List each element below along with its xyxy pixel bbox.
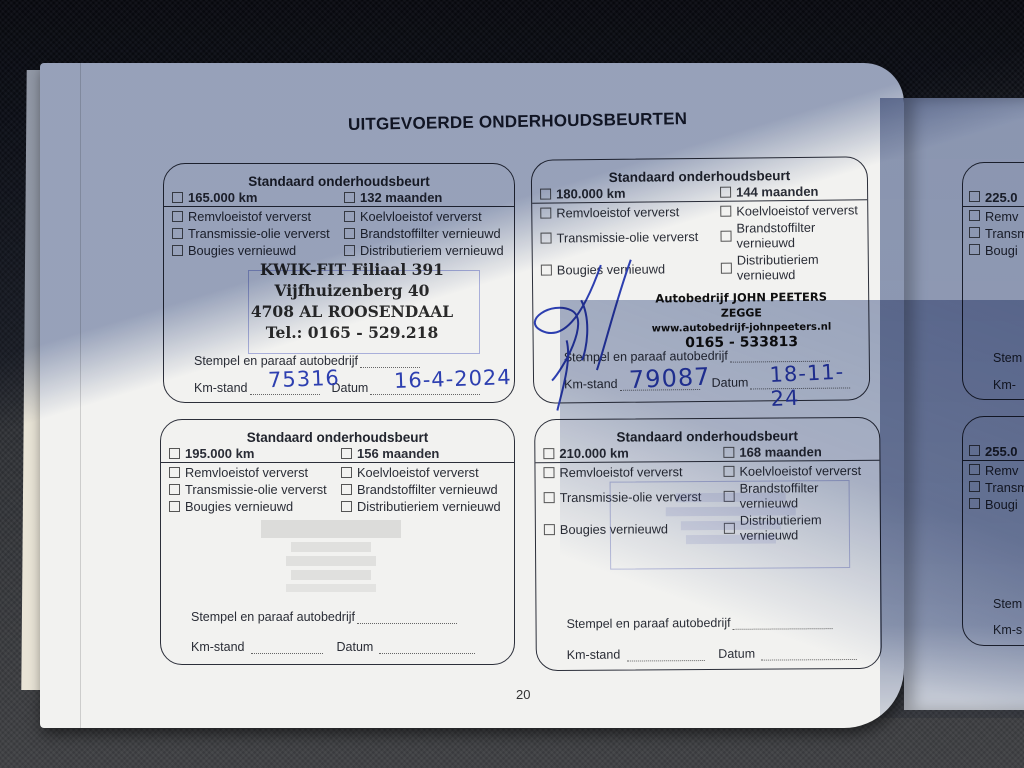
checkbox[interactable] [172,228,183,239]
task-label: Brandstoffilter vernieuwd [736,219,867,250]
km-interval: 225.0 [985,190,1018,205]
stamp-label: Stempel en paraaf autobedrijf [567,616,731,631]
garage-stamp: Autobedrijf JOHN PEETERS ZEGGE www.autob… [641,290,842,352]
service-box-2: Standaard onderhoudsbeurt 180.000 km 144… [531,156,871,404]
checkbox[interactable] [344,211,355,222]
checkbox[interactable] [341,448,352,459]
checkbox[interactable] [969,498,980,509]
task-label: Remvloeistof ververst [556,204,679,220]
checkbox[interactable] [544,492,555,503]
checkbox[interactable] [540,189,551,200]
km-label: Km- [993,378,1016,392]
month-interval: 156 maanden [357,446,439,461]
month-interval: 168 maanden [739,444,821,460]
box-heading: Standaard onderhoudsbeurt [161,430,514,445]
stamp-label: Stem [993,351,1022,365]
stamp-label: Stempel en paraaf autobedrijf [191,610,355,624]
checkbox[interactable] [172,192,183,203]
task-label: Transmissie-olie ververst [556,229,698,245]
km-label: Km-stand [194,381,248,395]
checkbox[interactable] [969,481,980,492]
task-label: Transm [985,226,1024,241]
km-label: Km-s [993,623,1022,637]
month-interval: 144 maanden [736,184,819,200]
checkbox[interactable] [540,208,551,219]
task-label: Bougies vernieuwd [185,499,293,514]
checkbox[interactable] [723,447,734,458]
task-label: Transmissie-olie ververst [188,226,330,241]
task-label: Remvloeistof ververst [185,465,308,480]
stamp-label: Stem [993,597,1022,611]
date-label: Datum [337,640,374,654]
task-list: Remvloeistof ververst Koelvloeistof verv… [161,465,514,514]
km-interval: 210.000 km [559,446,629,461]
task-label: Remvloeistof ververst [559,464,682,480]
km-interval: 180.000 km [556,186,626,202]
checkbox[interactable] [344,245,355,256]
interval-row: 195.000 km 156 maanden [161,446,514,463]
task-label: Bougi [985,243,1018,258]
checkbox[interactable] [172,211,183,222]
km-interval: 165.000 km [188,190,257,205]
km-interval: 195.000 km [185,446,254,461]
task-label: Brandstoffilter vernieuwd [357,482,498,497]
km-label: Km-stand [567,648,621,662]
checkbox[interactable] [543,467,554,478]
signature-scribble [521,259,663,420]
checkbox[interactable] [720,206,731,217]
next-page-box-1: 225.0 Remv Transm Bougi Stem Km- [962,162,1024,400]
checkbox[interactable] [969,191,980,202]
task-label: Remv [985,463,1018,478]
stamp-line: Autobedrijf JOHN PEETERS [641,290,841,307]
service-box-3: Standaard onderhoudsbeurt 195.000 km 156… [160,419,515,665]
checkbox[interactable] [341,501,352,512]
checkbox[interactable] [540,232,551,243]
checkbox[interactable] [723,466,734,477]
checkbox[interactable] [969,464,980,475]
stamp-signature-line: Stempel en paraaf autobedrijf [191,610,457,624]
km-date-line: Km-standDatum [567,646,857,662]
box-heading: Standaard onderhoudsbeurt [535,428,879,445]
next-page-box-2: 255.0 Remv Transm Bougi Stem Km-s [962,416,1024,646]
stamp-signature-line: Stempel en paraaf autobedrijf [567,615,833,631]
service-box-4: Standaard onderhoudsbeurt 210.000 km 168… [534,417,882,671]
page-edge-lines [80,63,141,728]
show-through-stamp [656,492,806,544]
checkbox[interactable] [543,448,554,459]
checkbox[interactable] [169,448,180,459]
checkbox[interactable] [341,484,352,495]
page-number: 20 [516,687,530,702]
task-label: Transm [985,480,1024,495]
checkbox[interactable] [344,228,355,239]
service-box-1: Standaard onderhoudsbeurt 165.000 km 132… [163,163,515,403]
date-handwritten: 18-11-24 [769,359,870,411]
task-label: Distributieriem vernieuwd [737,251,868,282]
date-label: Datum [718,647,755,661]
stamp-line: KWIK-FIT Filiaal 391 [202,259,502,280]
task-label: Transmissie-olie ververst [185,482,327,497]
checkbox[interactable] [172,245,183,256]
task-label: Bougies vernieuwd [188,243,296,258]
checkbox[interactable] [720,187,731,198]
km-label: Km-stand [191,640,245,654]
checkbox[interactable] [169,467,180,478]
show-through-stamp [221,520,441,600]
garage-stamp: KWIK-FIT Filiaal 391 Vijfhuizenberg 40 4… [202,259,502,343]
task-label: Bougi [985,497,1018,512]
km-stand-handwritten: 75316 [268,366,341,392]
task-label: Brandstoffilter vernieuwd [360,226,501,241]
checkbox[interactable] [721,262,732,273]
checkbox[interactable] [341,467,352,478]
checkbox[interactable] [720,230,731,241]
task-label: Distributieriem vernieuwd [357,499,501,514]
box-heading: Standaard onderhoudsbeurt [164,174,514,189]
task-list: Remvloeistof ververst Koelvloeistof verv… [164,209,514,258]
task-label: Distributieriem vernieuwd [360,243,504,258]
stamp-line: Tel.: 0165 - 529.218 [202,322,502,343]
km-interval: 255.0 [985,444,1018,459]
checkbox[interactable] [969,210,980,221]
checkbox[interactable] [969,244,980,255]
checkbox[interactable] [169,501,180,512]
checkbox[interactable] [544,524,555,535]
task-label: Remvloeistof ververst [188,209,311,224]
interval-row: 180.000 km 144 maanden [532,183,867,204]
stamp-line: 4708 AL ROOSENDAAL [202,301,502,322]
checkbox[interactable] [344,192,355,203]
checkbox[interactable] [969,445,980,456]
month-interval: 132 maanden [360,190,442,205]
task-label: Remv [985,209,1018,224]
checkbox[interactable] [969,227,980,238]
km-date-line: Km-standDatum [191,640,475,654]
interval-row: 165.000 km 132 maanden [164,190,514,207]
date-handwritten: 16-4-2024 [394,365,512,393]
stamp-line: Vijfhuizenberg 40 [202,280,502,301]
task-label: Koelvloeistof ververst [357,465,479,480]
task-label: Koelvloeistof ververst [360,209,482,224]
date-label: Datum [712,376,749,390]
interval-row: 210.000 km 168 maanden [535,444,879,463]
checkbox[interactable] [169,484,180,495]
task-label: Koelvloeistof ververst [739,463,861,479]
task-label: Koelvloeistof ververst [736,202,858,218]
